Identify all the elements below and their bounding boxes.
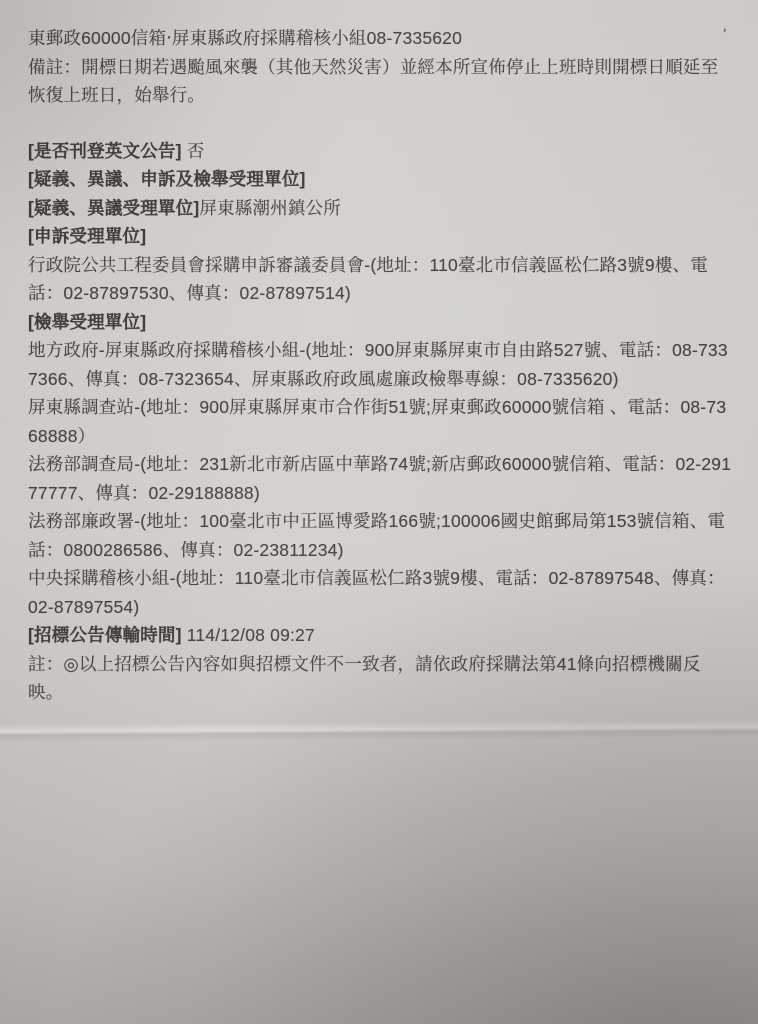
moj-investigation-bureau-text: 法務部調查局-(地址：231新北市新店區中華路74號;新店郵政60000號信箱、… <box>28 454 731 503</box>
paper-fold-crease <box>0 720 758 743</box>
objection-unit-value: 屏東縣潮州鎮公所 <box>199 198 341 218</box>
line-local-gov-audit: 地方政府-屏東縣政府採購稽核小組-(地址：900屏東縣屏東市自由路527號、電話… <box>28 336 734 393</box>
line-report-unit-header: [檢舉受理單位] <box>28 308 734 337</box>
line-po-box-contact: 東郵政60000信箱‧屏東縣政府採購稽核小組08-7335620 <box>28 24 734 53</box>
local-gov-audit-text: 地方政府-屏東縣政府採購稽核小組-(地址：900屏東縣屏東市自由路527號、電話… <box>28 340 728 389</box>
report-unit-label: [檢舉受理單位] <box>28 312 146 332</box>
line-agency-against-corruption: 法務部廉政署-(地址：100臺北市中正區博愛路166號;100006國史館郵局第… <box>28 507 734 564</box>
line-po-box-contact-text: 東郵政60000信箱‧屏東縣政府採購稽核小組08-7335620 <box>28 28 462 48</box>
document-body: 東郵政60000信箱‧屏東縣政府採購稽核小組08-7335620 備註：開標日期… <box>28 24 734 707</box>
english-announcement-label: [是否刊登英文公告] <box>28 141 182 161</box>
note-article41-text: 註：◎以上招標公告內容如與招標文件不一致者，請依政府採購法第41條向招標機關反映… <box>28 654 701 703</box>
appeal-committee-text: 行政院公共工程委員會採購申訴審議委員會-(地址：110臺北市信義區松仁路3號9樓… <box>28 255 708 304</box>
transmission-time-value: 114/12/08 09:27 <box>182 625 315 645</box>
central-procurement-audit-text: 中央採購稽核小組-(地址：110臺北市信義區松仁路3號9樓、電話：02-8789… <box>28 568 725 617</box>
line-note-article41: 註：◎以上招標公告內容如與招標文件不一致者，請依政府採購法第41條向招標機關反映… <box>28 650 734 707</box>
line-appeal-committee: 行政院公共工程委員會採購申訴審議委員會-(地址：110臺北市信義區松仁路3號9樓… <box>28 251 734 308</box>
line-announcement-transmission-time: [招標公告傳輸時間] 114/12/08 09:27 <box>28 621 734 650</box>
agency-against-corruption-text: 法務部廉政署-(地址：100臺北市中正區博愛路166號;100006國史館郵局第… <box>28 511 725 560</box>
line-remark-typhoon-text: 備註：開標日期若遇颱風來襲（其他天然災害）並經本所宣佈停止上班時則開標日順延至恢… <box>28 57 718 106</box>
document-photo: 東郵政60000信箱‧屏東縣政府採購稽核小組08-7335620 備註：開標日期… <box>0 0 758 1024</box>
line-objection-unit: [疑義、異議受理單位]屏東縣潮州鎮公所 <box>28 194 734 223</box>
objection-unit-label: [疑義、異議受理單位] <box>28 198 199 218</box>
line-units-header: [疑義、異議、申訴及檢舉受理單位] <box>28 165 734 194</box>
appeal-unit-label: [申訴受理單位] <box>28 226 146 246</box>
units-header-label: [疑義、異議、申訴及檢舉受理單位] <box>28 169 306 189</box>
pingtung-investigation-station-text: 屏東縣調查站-(地址：900屏東縣屏東市合作街51號;屏東郵政60000號信箱 … <box>28 397 726 446</box>
line-moj-investigation-bureau: 法務部調查局-(地址：231新北市新店區中華路74號;新店郵政60000號信箱、… <box>28 450 734 507</box>
line-pingtung-investigation-station: 屏東縣調查站-(地址：900屏東縣屏東市合作街51號;屏東郵政60000號信箱 … <box>28 393 734 450</box>
line-english-announcement: [是否刊登英文公告] 否 <box>28 137 734 166</box>
line-appeal-unit-header: [申訴受理單位] <box>28 222 734 251</box>
english-announcement-value: 否 <box>182 141 205 161</box>
transmission-time-label: [招標公告傳輸時間] <box>28 625 182 645</box>
line-central-procurement-audit: 中央採購稽核小組-(地址：110臺北市信義區松仁路3號9樓、電話：02-8789… <box>28 564 734 621</box>
line-remark-typhoon: 備註：開標日期若遇颱風來襲（其他天然災害）並經本所宣佈停止上班時則開標日順延至恢… <box>28 53 734 110</box>
